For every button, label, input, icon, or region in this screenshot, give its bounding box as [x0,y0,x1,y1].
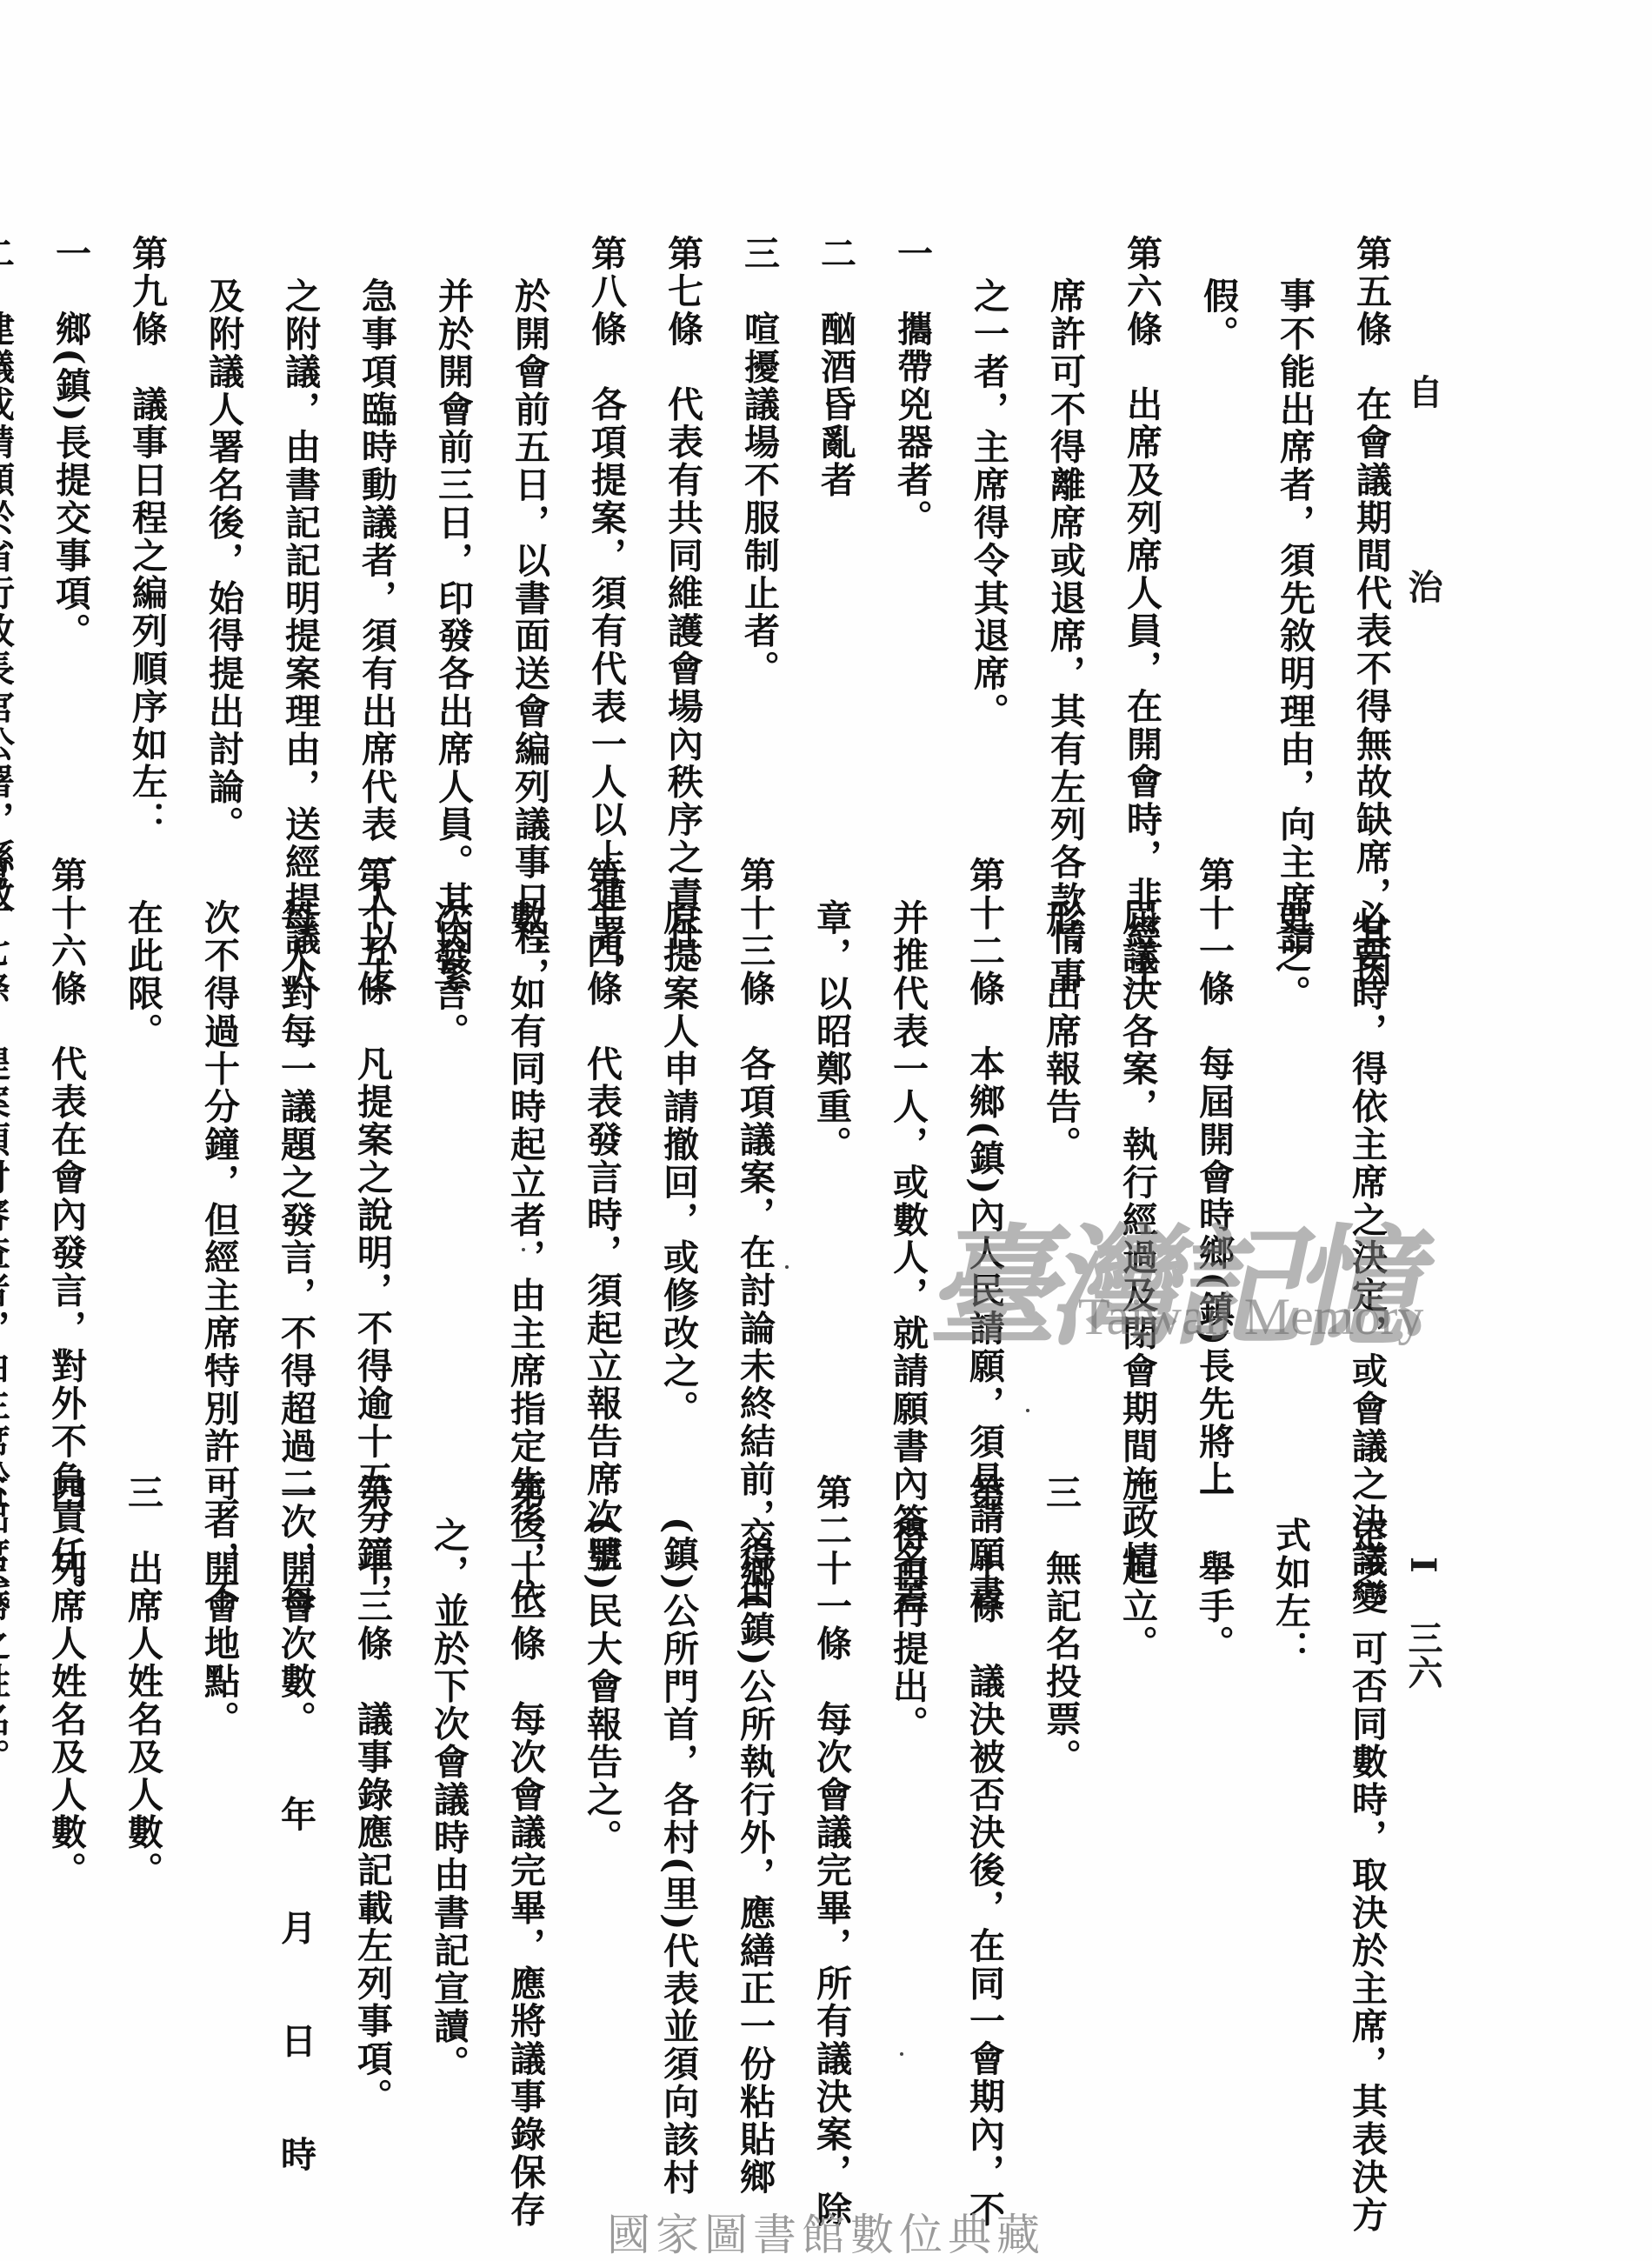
text-column: 式如左： [1269,1474,1310,1668]
text-column: 之，並於下次會議時由書記宣讀。 [428,1474,469,2083]
text-column: 第十四條 代表發言時，須起立報告席次號 [581,857,622,1574]
text-column: 第九條 議事日程之編列順序如左： [126,235,167,838]
text-column: 一 舉手。 [1193,1474,1234,1663]
text-column: 一 開會次數。 年 月 日 時 [275,1474,316,2173]
text-column: 第二十條 議決被否決後，在同一會期內，不 [963,1474,1004,2229]
text-column: 次發言。 [428,857,469,1050]
text-column: 屆議決各案，執行經過及閉會期間施政情 [1116,857,1157,1578]
text-column: 第二十一條 每次會議完畢，所有議決案，除 [810,1474,851,2229]
text-column: 二 起立。 [1116,1474,1157,1663]
text-column: 原提案人申請撤回，或修改之。 [657,857,698,1428]
text-column: 五 主席之姓名。 [0,1474,10,1776]
text-band-bottom: 定之。可否同數時，取決於主席，其表決方 式如左： 一 舉手。 二 起立。 三 無… [0,1474,1387,2031]
text-column: 第二十三條 議事錄應記載左列事項。 [351,1474,392,2116]
text-column: (里)民大會報告之。 [581,1474,622,1857]
text-column: 交鄉(鎮)公所執行外，應繕正一份粘貼鄉 [734,1474,775,2196]
text-column: 二 建議或請願於省行政長官公署，縣政 [0,235,14,914]
text-band-top: 第五條 在會議期間代表不得無故缺席，其因 事不能出席者，須先敘明理由，向主席請 … [0,235,1391,817]
text-column: 假。 [1197,235,1238,353]
text-column: 第十一條 每屆開會時鄉(鎮)長先將上 [1193,857,1234,1498]
text-band-middle: 必要時，得依主席之決定，或會議之決議變 更之。 第十一條 每屆開會時鄉(鎮)長先… [0,857,1387,1431]
collection-footer: 國家圖書館數位典藏 [0,2200,1652,2261]
scan-speck [900,2052,903,2056]
text-column: 三 出席人姓名及人數。 [122,1474,163,1889]
text-column: 形，出席報告。 [1040,857,1081,1164]
scan-speck [522,1248,525,1251]
scan-speck [1026,1409,1029,1412]
text-column: 一 攜帶兇器者。 [891,235,932,537]
text-column: 及附議人署名後，始得提出討論。 [203,235,243,844]
page-number-roman: I [1402,1557,1443,1573]
text-column: 二 酗酒昏亂者 [815,235,856,499]
text-column: (鎮)公所門首，各村(里)代表並須向該村 [657,1474,698,2197]
page-number: I 三六 [1378,1557,1448,1817]
text-column: 之一者，主席得令其退席。 [968,235,1009,730]
text-column: 二 開會地點。 [198,1474,239,1738]
text-column: 三 無記名投票。 [1040,1474,1081,1776]
text-column: 得再行提出。 [887,1474,928,1743]
text-column: 三 喧擾議場不服制止者。 [738,235,779,688]
scan-speck [785,1265,789,1269]
text-column: 章，以昭鄭重。 [810,857,851,1164]
text-column: 四 列席人姓名及人數。 [45,1474,86,1889]
text-column: 一 鄉(鎮)長提交事項。 [50,235,90,650]
text-column: 定之。可否同數時，取決於主席，其表決方 [1346,1474,1387,2234]
text-column: 第二十二條 每次會議完畢，應將議事錄保存 [504,1474,545,2229]
text-column: 在此限。 [122,857,163,1050]
scanned-page: 自 治 I 三六 第五條 在會議期間代表不得無故缺席，其因 事不能出席者，須先敘… [0,0,1652,2261]
page-number-value: 三六 [1402,1620,1443,1690]
text-column: 事不能出席者，須先敘明理由，向主席請 [1274,235,1315,957]
text-column: 更之。 [1269,857,1310,1012]
